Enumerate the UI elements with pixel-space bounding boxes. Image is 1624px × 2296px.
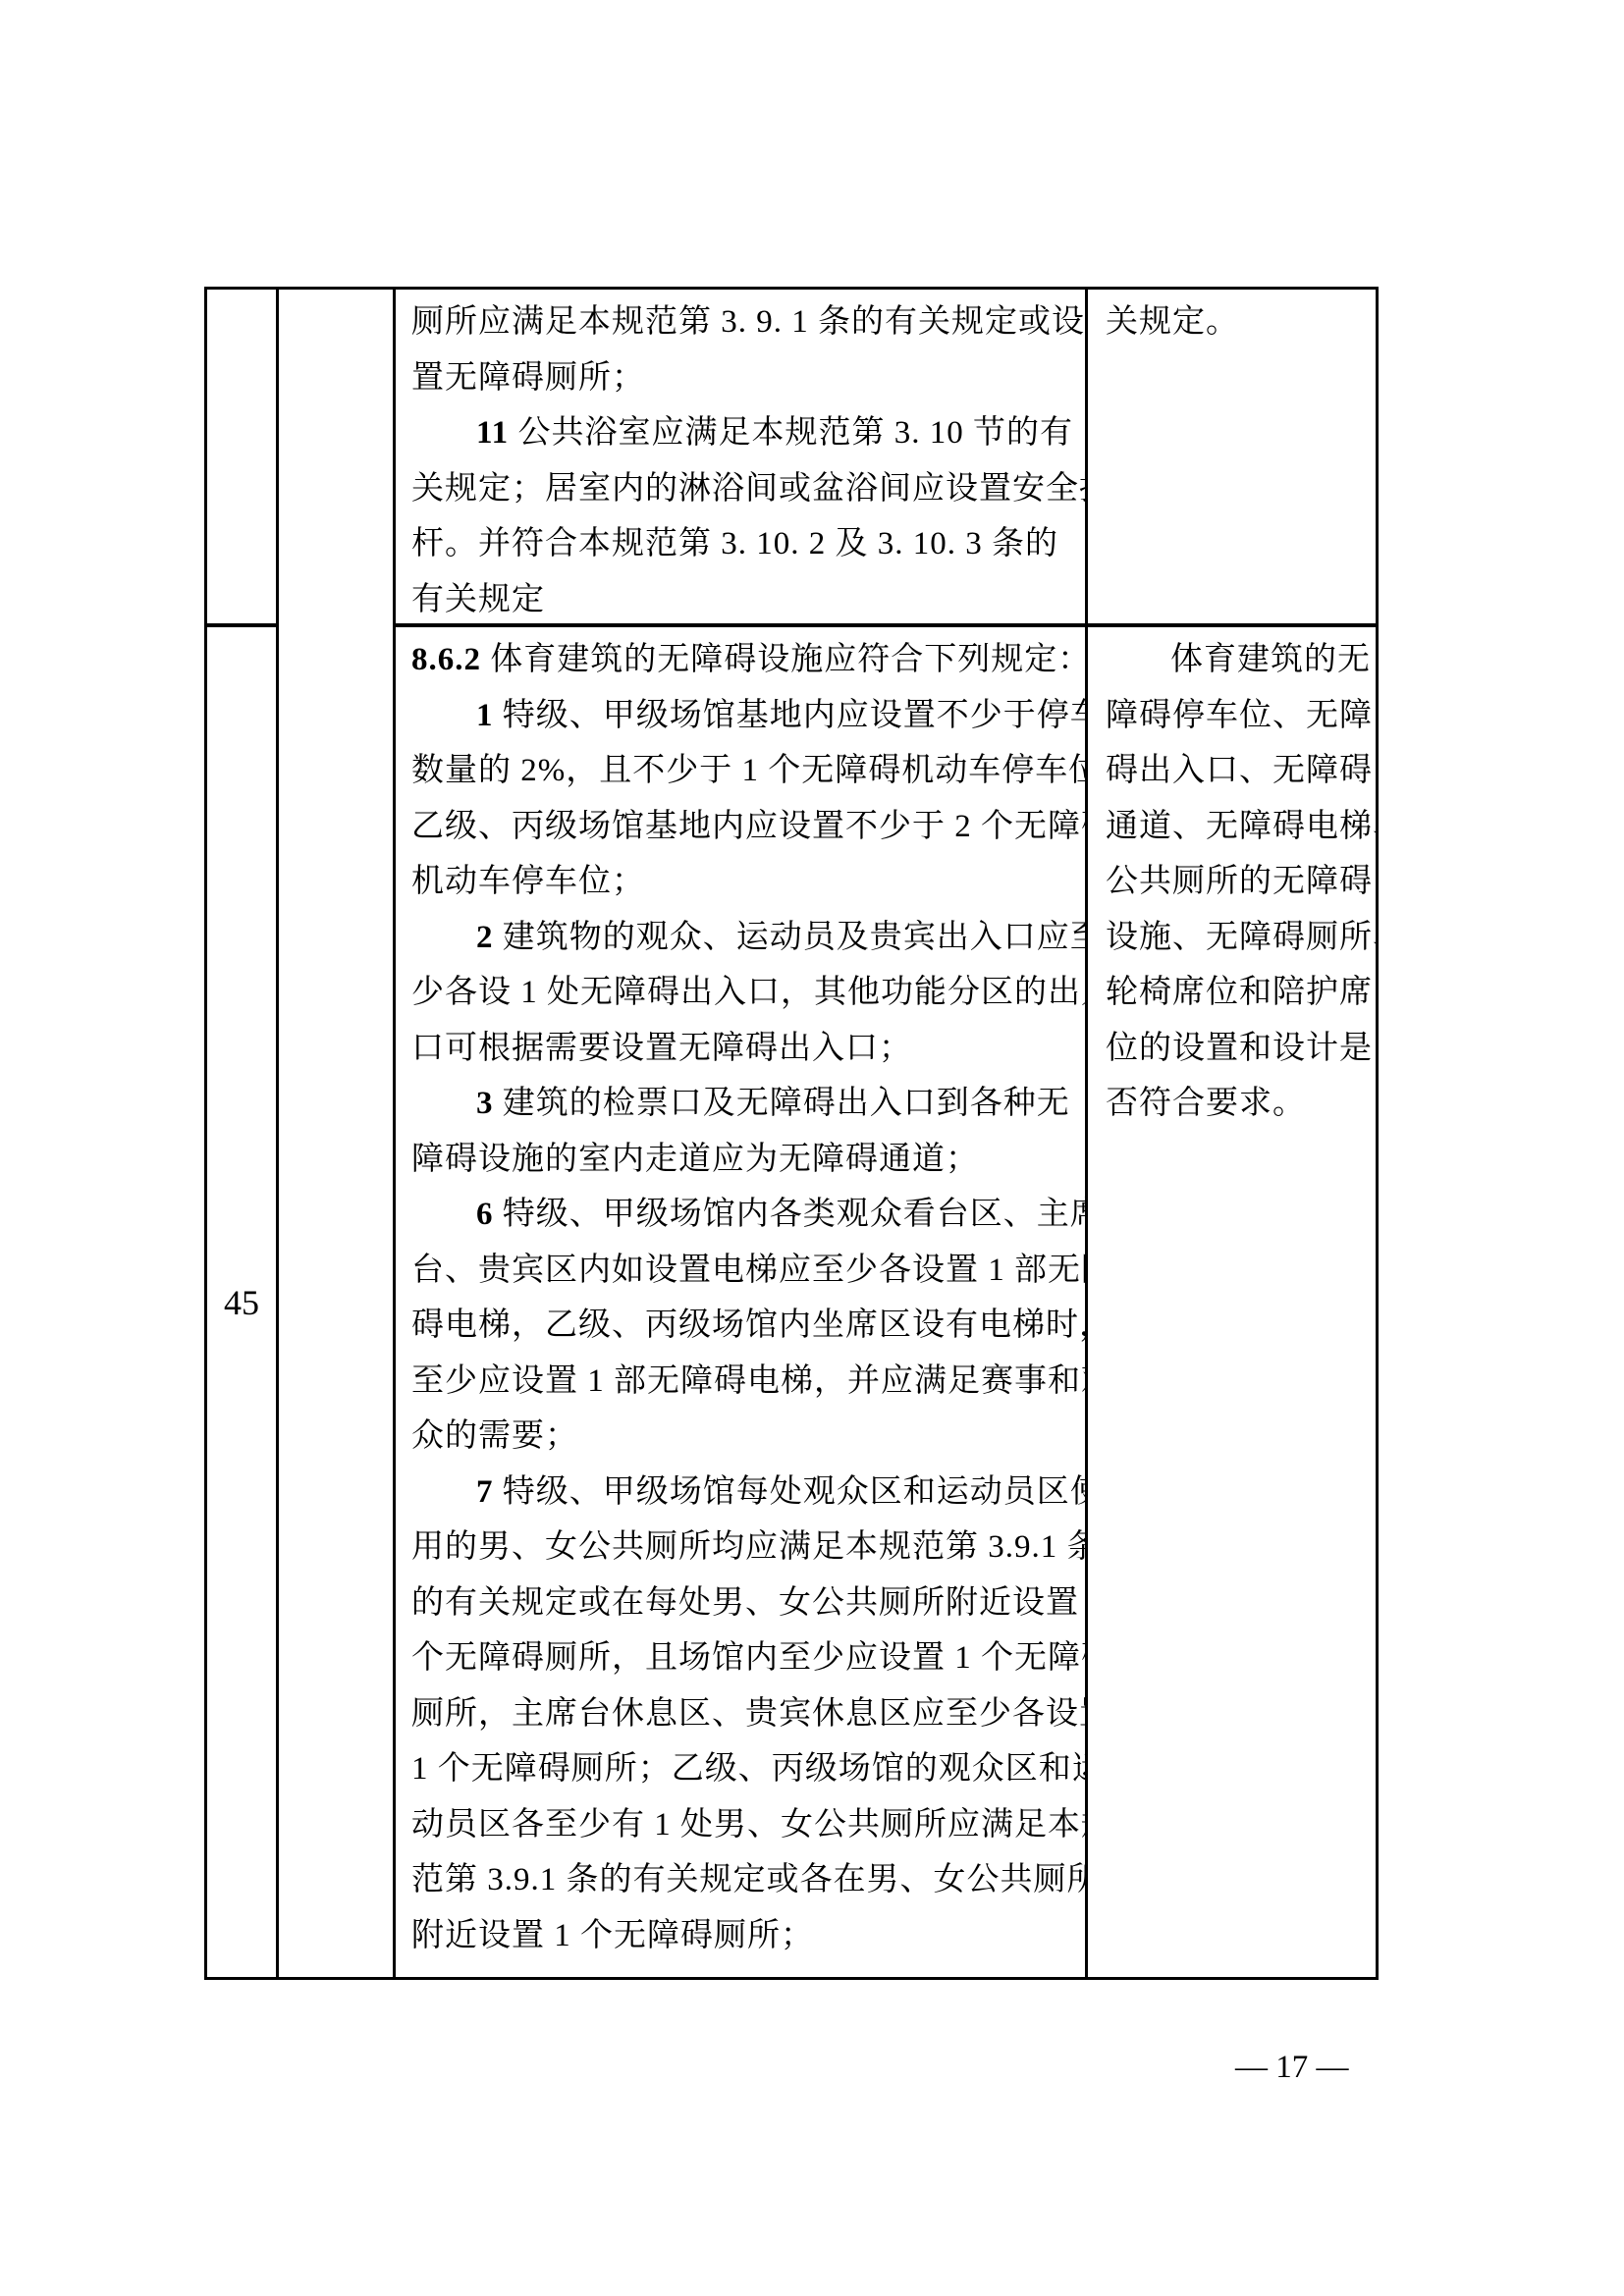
text-line: 机动车停车位；: [411, 854, 1075, 910]
row-number-cell: [207, 290, 279, 627]
text-line: 3 建筑的检票口及无障碍出入口到各种无: [411, 1076, 1075, 1132]
clause-number: 8.6.2: [411, 642, 481, 677]
review-table: 厕所应满足本规范第 3. 9. 1 条的有关规定或设置无障碍厕所；11 公共浴室…: [204, 287, 1379, 1980]
clause-number: 7: [476, 1474, 494, 1510]
text-line: 设施、无障碍厕所、: [1106, 910, 1368, 966]
text-line: 台、贵宾区内如设置电梯应至少各设置 1 部无障: [411, 1243, 1075, 1299]
text-line: 有关规定: [411, 572, 1075, 628]
text-line: 少各设 1 处无障碍出入口，其他功能分区的出入: [411, 965, 1075, 1021]
text-line: 障碍设施的室内走道应为无障碍通道；: [411, 1132, 1075, 1188]
text-line: 体育建筑的无: [1106, 632, 1368, 688]
page-number: — 17 —: [1235, 2050, 1349, 2086]
text-line: 8.6.2 体育建筑的无障碍设施应符合下列规定：: [411, 632, 1075, 688]
text-line: 位的设置和设计是: [1106, 1021, 1368, 1077]
text-line: 乙级、丙级场馆基地内应设置不少于 2 个无障碍: [411, 799, 1075, 855]
text-line: 数量的 2%，且不少于 1 个无障碍机动车停车位，: [411, 743, 1075, 799]
text-line: 范第 3.9.1 条的有关规定或各在男、女公共厕所: [411, 1852, 1075, 1908]
text-line: 否符合要求。: [1106, 1076, 1368, 1132]
text-line: 1 特级、甲级场馆基地内应设置不少于停车: [411, 688, 1075, 744]
text-line: 的有关规定或在每处男、女公共厕所附近设置 1: [411, 1575, 1075, 1631]
clause-number: 6: [476, 1197, 494, 1232]
category-cell: [279, 627, 396, 1977]
text-line: 用的男、女公共厕所均应满足本规范第 3.9.1 条: [411, 1520, 1075, 1575]
text-line: 1 个无障碍厕所；乙级、丙级场馆的观众区和运: [411, 1741, 1075, 1797]
document-page: 厕所应满足本规范第 3. 9. 1 条的有关规定或设置无障碍厕所；11 公共浴室…: [0, 0, 1624, 2296]
text-line: 厕所，主席台休息区、贵宾休息区应至少各设置: [411, 1686, 1075, 1742]
text-line: 轮椅席位和陪护席: [1106, 965, 1368, 1021]
clause-number: 3: [476, 1086, 494, 1121]
text-line: 个无障碍厕所，且场馆内至少应设置 1 个无障碍: [411, 1630, 1075, 1686]
category-cell: [279, 290, 396, 627]
requirement-text-cell: 厕所应满足本规范第 3. 9. 1 条的有关规定或设置无障碍厕所；11 公共浴室…: [396, 290, 1088, 627]
text-line: 动员区各至少有 1 处男、女公共厕所应满足本规: [411, 1797, 1075, 1853]
clause-number: 2: [476, 920, 494, 955]
text-line: 关规定。: [1106, 294, 1368, 350]
table-row-continued: 厕所应满足本规范第 3. 9. 1 条的有关规定或设置无障碍厕所；11 公共浴室…: [207, 290, 1376, 627]
text-line: 11 公共浴室应满足本规范第 3. 10 节的有: [411, 405, 1075, 461]
text-line: 通道、无障碍电梯、: [1106, 799, 1368, 855]
text-line: 众的需要；: [411, 1409, 1075, 1465]
text-line: 至少应设置 1 部无障碍电梯，并应满足赛事和观: [411, 1354, 1075, 1410]
text-line: 障碍停车位、无障: [1106, 688, 1368, 744]
text-line: 6 特级、甲级场馆内各类观众看台区、主席: [411, 1187, 1075, 1243]
clause-number: 11: [476, 415, 509, 451]
text-line: 杆。并符合本规范第 3. 10. 2 及 3. 10. 3 条的: [411, 516, 1075, 572]
text-line: 关规定；居室内的淋浴间或盆浴间应设置安全抓: [411, 461, 1075, 517]
clause-number: 1: [476, 698, 494, 733]
text-line: 公共厕所的无障碍: [1106, 854, 1368, 910]
requirement-text-cell: 8.6.2 体育建筑的无障碍设施应符合下列规定：1 特级、甲级场馆基地内应设置不…: [396, 627, 1088, 1977]
text-line: 7 特级、甲级场馆每处观众区和运动员区使: [411, 1465, 1075, 1521]
text-line: 厕所应满足本规范第 3. 9. 1 条的有关规定或设: [411, 294, 1075, 350]
text-line: 碍出入口、无障碍: [1106, 743, 1368, 799]
review-point-cell: 体育建筑的无障碍停车位、无障碍出入口、无障碍通道、无障碍电梯、公共厕所的无障碍设…: [1088, 627, 1376, 1977]
text-line: 2 建筑物的观众、运动员及贵宾出入口应至: [411, 910, 1075, 966]
text-line: 碍电梯，乙级、丙级场馆内坐席区设有电梯时，: [411, 1298, 1075, 1354]
text-line: 口可根据需要设置无障碍出入口；: [411, 1021, 1075, 1077]
table-row-45: 45 8.6.2 体育建筑的无障碍设施应符合下列规定：1 特级、甲级场馆基地内应…: [207, 627, 1376, 1977]
text-line: 附近设置 1 个无障碍厕所；: [411, 1908, 1075, 1964]
review-point-cell: 关规定。: [1088, 290, 1376, 627]
text-line: 置无障碍厕所；: [411, 350, 1075, 406]
row-number-cell: 45: [207, 627, 279, 1977]
